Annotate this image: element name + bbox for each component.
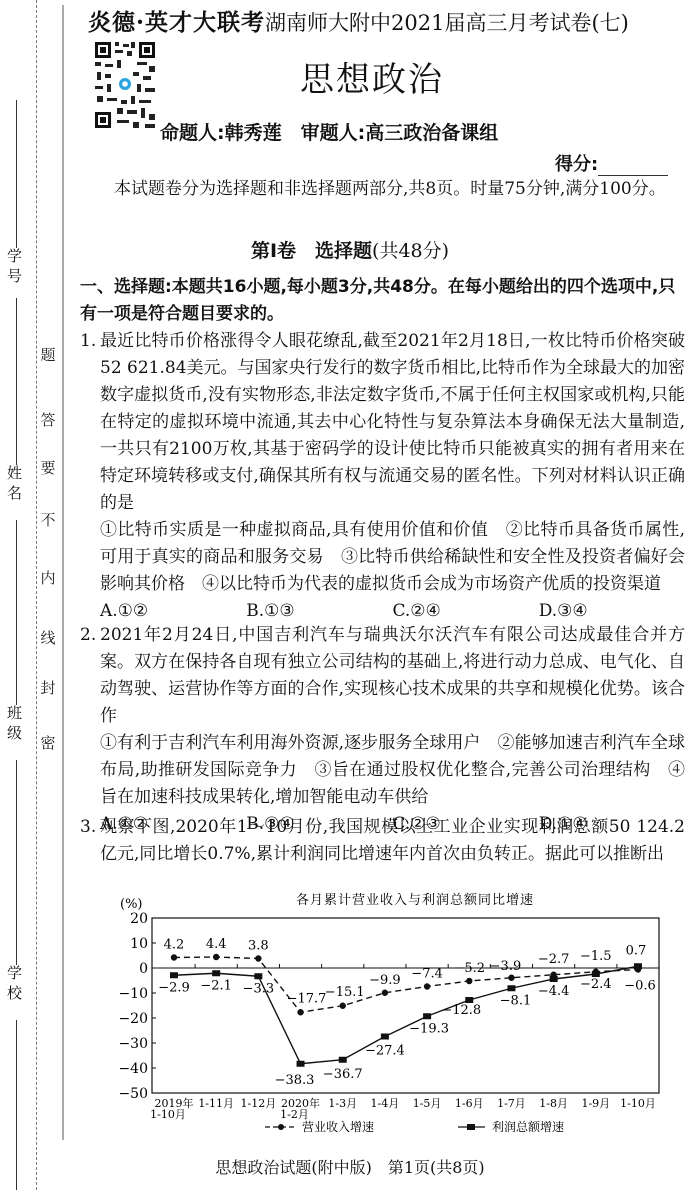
data-label: −5.2 [453,961,485,976]
y-tick-label: −40 [118,1061,148,1077]
data-label: −15.1 [325,985,365,1000]
chart-title: 各月累计营业收入与利润总额同比增速 [296,892,534,908]
plot-frame [152,918,659,1093]
chart-canvas: (%)各月累计营业收入与利润总额同比增速20100−10−20−30−40−50… [100,888,690,1150]
data-label: −0.6 [624,979,656,994]
qr-code-icon[interactable] [93,40,157,130]
seal-char: 不 [38,510,58,530]
seal-char: 密 [38,733,58,753]
x-tick-label: 1-12月 [241,1097,277,1110]
option-c[interactable]: C.②④ [393,598,539,625]
revenue-point [466,978,472,984]
data-label: −19.3 [409,1021,449,1036]
x-tick-label: 1-11月 [198,1097,234,1110]
x-tick-label: 1-7月 [497,1097,526,1110]
data-label: −4.4 [538,984,570,999]
revenue-point [424,983,430,989]
data-label: −38.3 [275,1073,315,1088]
question-stem: 最近比特币价格涨得令人眼花缭乱,截至2021年2月18日,一枚比特币价格突破52… [100,328,685,517]
profit-point [634,963,642,969]
data-label: −9.9 [369,973,401,988]
data-label: 0.7 [626,943,647,958]
option-b[interactable]: B.①③ [246,598,392,625]
profit-point [254,973,262,979]
question-stem: 观察下图,2020年1～10月份,我国规模以上工业企业实现利润总额50 124.… [100,814,685,868]
profit-point [339,1057,347,1063]
data-label: 3.8 [248,939,269,954]
data-label: −12.8 [441,1003,481,1018]
x-tick-label: 1-10月 [150,1108,186,1121]
x-tick-label: 1-3月 [328,1097,357,1110]
y-tick-label: 0 [139,961,148,977]
x-tick-label: 1-10月 [620,1097,656,1110]
question-3: 3. 观察下图,2020年1～10月份,我国规模以上工业企业实现利润总额50 1… [80,814,685,868]
seal-char: 内 [38,568,58,588]
options: A.①② B.①③ C.②④ D.③④ [100,598,685,625]
score-label: 得分: [555,154,598,175]
seal-dotted-line [36,0,37,1190]
revenue-point [508,975,514,981]
data-label: −3.9 [490,959,522,974]
revenue-point [382,990,388,996]
authors-line: 命题人:韩秀莲 审题人:高三政治备课组 [160,118,498,145]
data-label: 4.2 [164,938,185,953]
intro-text: 本试题卷分为选择题和非选择题两部分,共8页。时量75分钟,满分100分。 [80,176,685,203]
y-tick-label: 10 [130,936,148,952]
y-tick-label: −50 [118,1086,148,1102]
section-instruction: 一、选择题:本题共16小题,每小题3分,共48分。在每小题给出的四个选项中,只有… [80,274,685,328]
field-name-label: 姓 名 [4,465,24,520]
subject-title: 思想政治 [300,52,444,101]
question-1: 1. 最近比特币价格涨得令人眼花缭乱,截至2021年2月18日,一枚比特币价格突… [80,328,685,625]
section-heading: 第Ⅰ卷 选择题(共48分) [0,236,700,263]
score-field: 得分: [555,150,668,176]
question-statements: ①比特币实质是一种虚拟商品,具有使用价值和价值 ②比特币具备货币属性,可用于真实… [100,517,685,598]
option-a[interactable]: A.①② [100,598,246,625]
data-label: −36.7 [323,1067,363,1082]
revenue-point [297,1009,303,1015]
y-tick-label: −10 [118,986,148,1002]
data-label: −1.5 [580,949,612,964]
data-label: −2.1 [200,978,232,993]
brand-name: 炎德·英才大联考 [88,9,265,36]
seal-char: 要 [38,458,58,478]
seal-char: 线 [38,628,58,648]
seal-char: 封 [38,678,58,698]
exam-title: 湖南师大附中2021届高三月考试卷(七) [265,11,629,35]
x-tick-label: 1-8月 [539,1097,568,1110]
x-tick-label: 1-5月 [413,1097,442,1110]
question-number: 2. [80,622,96,649]
x-tick-label: 1-9月 [581,1097,610,1110]
profit-point [297,1061,305,1067]
data-label: −7.4 [411,967,443,982]
revenue-point [213,954,219,960]
profit-point [423,1013,431,1019]
data-label: −17.7 [287,991,327,1006]
exam-header: 炎德·英才大联考湖南师大附中2021届高三月考试卷(七) [88,4,629,37]
x-tick-label: 1-4月 [371,1097,400,1110]
y-axis-unit: (%) [120,897,143,912]
data-label: 4.4 [206,937,227,952]
field-school-label: 学 校 [4,965,24,1020]
seal-char: 答 [38,410,58,430]
profit-point [381,1034,389,1040]
field-class-label: 班 级 [4,705,24,760]
question-number: 1. [80,328,96,355]
profit-point [550,976,558,982]
y-tick-label: −20 [118,1011,148,1027]
data-label: −3.3 [243,981,275,996]
seal-char: 题 [38,345,58,365]
y-tick-label: 20 [130,911,148,927]
question-number: 3. [80,814,96,841]
section-title-rest: (共48分) [372,240,449,262]
profit-point [212,970,220,976]
question-statements: ①有利于吉利汽车利用海外资源,逐步服务全球用户 ②能够加速吉利汽车全球布局,助推… [100,730,685,811]
x-tick-label: 1-6月 [455,1097,484,1110]
revenue-point [171,954,177,960]
profit-point [170,972,178,978]
legend-profit: 利润总额增速 [492,1119,564,1134]
line-chart: (%)各月累计营业收入与利润总额同比增速20100−10−20−30−40−50… [100,888,690,1150]
revenue-point [340,1003,346,1009]
data-label: −27.4 [365,1044,405,1059]
data-label: −2.9 [158,980,190,995]
question-stem: 2021年2月24日,中国吉利汽车与瑞典沃尔沃汽车有限公司达成最佳合并方案。双方… [100,622,685,730]
y-tick-label: −30 [118,1036,148,1052]
revenue-point [255,955,261,961]
data-label: −8.1 [500,993,532,1008]
section-title-bold: 第Ⅰ卷 选择题 [251,240,372,262]
page-footer: 思想政治试题(附中版) 第1页(共8页) [0,1155,700,1178]
score-input[interactable] [598,157,668,176]
question-2: 2. 2021年2月24日,中国吉利汽车与瑞典沃尔沃汽车有限公司达成最佳合并方案… [80,622,685,838]
legend-revenue: 营业收入增速 [302,1119,374,1134]
profit-point [507,985,515,991]
data-label: −2.7 [538,952,570,967]
page-left-border [62,5,64,1140]
data-label: −2.4 [580,977,612,992]
option-d[interactable]: D.③④ [539,598,685,625]
